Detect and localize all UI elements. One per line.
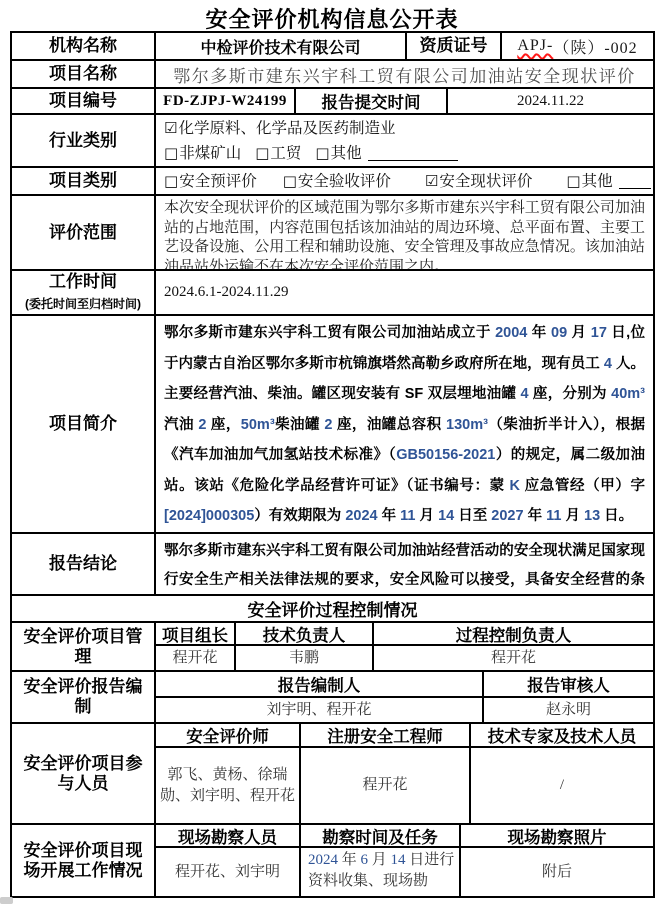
row-project-name: 项目名称 鄂尔多斯市建东兴宇科工贸有限公司加油站安全现状评价 (12, 59, 653, 87)
blank-underline (619, 174, 651, 189)
industry-line1: ☑化学原料、化学品及医药制造业 (164, 116, 395, 141)
compilation-value-row: 刘宇明、程开花 赵永明 (156, 698, 653, 722)
checkbox-unchecked-icon: □ (164, 169, 178, 194)
option-label: 非煤矿山 (179, 141, 241, 166)
fieldwork-value-row: 程开花、刘宇明 2024 年 6 月 14 日进行资料收集、现场勘 附后 (156, 848, 653, 896)
scrollbar-fragment (0, 897, 13, 904)
project-name-label: 项目名称 (12, 61, 154, 87)
project-no-value: FD-ZJPJ-W24199 (154, 89, 294, 113)
conclusion-label: 报告结论 (12, 534, 154, 594)
compilation-grid: 报告编制人 报告审核人 刘宇明、程开花 赵永明 (154, 672, 653, 722)
row-management: 安全评价项目管理 项目组长 技术负责人 过程控制负责人 程开花 韦鹏 程开花 (12, 621, 653, 670)
tech-expert-value: / (469, 748, 653, 823)
option-label: 化学原料、化学品及医药制造业 (178, 116, 395, 141)
management-value-row: 程开花 韦鹏 程开花 (156, 646, 653, 670)
participants-label: 安全评价项目参与人员 (12, 724, 154, 823)
survey-photo-header: 现场勘察照片 (459, 825, 653, 846)
industry-line2: □非煤矿山 □工贸 □其他 (164, 141, 458, 166)
row-org: 机构名称 中检评价技术有限公司 资质证号 APJ-（陕）-002 (12, 33, 653, 59)
industry-option-trade: □工贸 (255, 141, 301, 166)
team-leader-value: 程开花 (156, 646, 234, 670)
process-control-lead-value: 程开花 (372, 646, 653, 670)
row-process-header: 安全评价过程控制情况 (12, 594, 653, 621)
process-control-lead-header: 过程控制负责人 (372, 623, 653, 644)
checkbox-checked-icon: ☑ (425, 169, 438, 194)
category-options: □安全预评价 □安全验收评价 ☑安全现状评价 □其他 (154, 168, 653, 194)
row-worktime: 工作时间 (委托时间至归档时间) 2024.6.1-2024.11.29 (12, 269, 653, 314)
management-header-row: 项目组长 技术负责人 过程控制负责人 (156, 623, 653, 646)
checkbox-unchecked-icon: □ (283, 169, 297, 194)
option-label: 其他 (582, 169, 613, 194)
tech-expert-header: 技术专家及技术人员 (469, 724, 653, 746)
registered-engineer-value: 程开花 (299, 748, 469, 823)
cert-no-value: APJ-（陕）-002 (500, 33, 653, 59)
row-profile: 项目简介 鄂尔多斯市建东兴宇科工贸有限公司加油站成立于 2004 年 09 月 … (12, 314, 653, 532)
submit-time-label: 报告提交时间 (294, 89, 446, 113)
participants-header-row: 安全评价师 注册安全工程师 技术专家及技术人员 (156, 724, 653, 748)
profile-text: 鄂尔多斯市建东兴宇科工贸有限公司加油站成立于 2004 年 09 月 17 日,… (154, 316, 653, 532)
row-participants: 安全评价项目参与人员 安全评价师 注册安全工程师 技术专家及技术人员 郭飞、黄杨… (12, 722, 653, 823)
management-label: 安全评价项目管理 (12, 623, 154, 670)
category-label: 项目类别 (12, 168, 154, 194)
category-option-other: □其他 (566, 169, 612, 194)
industry-label: 行业类别 (12, 115, 154, 166)
project-no-label: 项目编号 (12, 89, 154, 113)
org-name-value: 中检评价技术有限公司 (154, 33, 405, 59)
worktime-label-main: 工作时间 (49, 272, 117, 292)
safety-assessor-header: 安全评价师 (156, 724, 299, 746)
fieldwork-label: 安全评价项目现场开展工作情况 (12, 825, 154, 896)
category-option-pre: □安全预评价 (164, 169, 257, 194)
survey-time-header: 勘察时间及任务 (299, 825, 459, 846)
row-compilation: 安全评价报告编制 报告编制人 报告审核人 刘宇明、程开花 赵永明 (12, 670, 653, 722)
checkbox-unchecked-icon: □ (566, 169, 580, 194)
industry-options: ☑化学原料、化学品及医药制造业 □非煤矿山 □工贸 □其他 (154, 115, 653, 166)
survey-staff-value: 程开花、刘宇明 (156, 848, 299, 896)
page-title: 安全评价机构信息公开表 (0, 3, 664, 34)
blank-underline (368, 146, 458, 161)
cert-no-rest-part: （陕）-002 (553, 35, 637, 58)
profile-label: 项目简介 (12, 316, 154, 532)
compilation-label: 安全评价报告编制 (12, 672, 154, 722)
org-name-label: 机构名称 (12, 33, 154, 59)
scope-label: 评价范围 (12, 196, 154, 269)
worktime-value: 2024.6.1-2024.11.29 (154, 271, 653, 314)
row-scope: 评价范围 本次安全现状评价的区域范围为鄂尔多斯市建东兴宇科工贸有限公司加油站的占… (12, 194, 653, 269)
checkbox-checked-icon: ☑ (164, 116, 177, 141)
category-option-status: ☑安全现状评价 (425, 169, 532, 194)
conclusion-text: 鄂尔多斯市建东兴宇科工贸有限公司加油站经营活动的安全现状满足国家现行安全生产相关… (154, 534, 653, 594)
registered-engineer-header: 注册安全工程师 (299, 724, 469, 746)
report-writer-value: 刘宇明、程开花 (156, 698, 482, 722)
fieldwork-header-row: 现场勘察人员 勘察时间及任务 现场勘察照片 (156, 825, 653, 848)
row-conclusion: 报告结论 鄂尔多斯市建东兴宇科工贸有限公司加油站经营活动的安全现状满足国家现行安… (12, 532, 653, 594)
management-grid: 项目组长 技术负责人 过程控制负责人 程开花 韦鹏 程开花 (154, 623, 653, 670)
worktime-label: 工作时间 (委托时间至归档时间) (12, 271, 154, 314)
cert-no-wavy-part: APJ- (517, 37, 553, 55)
process-control-header: 安全评价过程控制情况 (12, 596, 653, 621)
row-industry: 行业类别 ☑化学原料、化学品及医药制造业 □非煤矿山 □工贸 □其他 (12, 113, 653, 166)
survey-staff-header: 现场勘察人员 (156, 825, 299, 846)
survey-photo-value: 附后 (459, 848, 653, 896)
option-label: 安全验收评价 (298, 169, 391, 194)
submit-time-value: 2024.11.22 (446, 89, 653, 113)
industry-option-other: □其他 (315, 141, 361, 166)
info-table: 机构名称 中检评价技术有限公司 资质证号 APJ-（陕）-002 项目名称 鄂尔… (10, 31, 655, 898)
industry-option-non-coal-mine: □非煤矿山 (164, 141, 241, 166)
option-label: 其他 (331, 141, 362, 166)
report-reviewer-header: 报告审核人 (482, 672, 653, 696)
checkbox-unchecked-icon: □ (164, 141, 178, 166)
fieldwork-grid: 现场勘察人员 勘察时间及任务 现场勘察照片 程开花、刘宇明 2024 年 6 月… (154, 825, 653, 896)
tech-lead-header: 技术负责人 (234, 623, 372, 644)
report-reviewer-value: 赵永明 (482, 698, 653, 722)
category-option-acceptance: □安全验收评价 (283, 169, 391, 194)
option-label: 工贸 (270, 141, 301, 166)
survey-time-value: 2024 年 6 月 14 日进行资料收集、现场勘 (299, 848, 459, 896)
option-label: 安全现状评价 (439, 169, 532, 194)
checkbox-unchecked-icon: □ (315, 141, 329, 166)
document-page: 安全评价机构信息公开表 机构名称 中检评价技术有限公司 资质证号 APJ-（陕）… (0, 0, 664, 904)
project-name-value: 鄂尔多斯市建东兴宇科工贸有限公司加油站安全现状评价 (154, 61, 653, 87)
team-leader-header: 项目组长 (156, 623, 234, 644)
worktime-label-sub: (委托时间至归档时间) (25, 294, 141, 314)
tech-lead-value: 韦鹏 (234, 646, 372, 670)
report-writer-header: 报告编制人 (156, 672, 482, 696)
participants-value-row: 郭飞、黄杨、徐瑞勋、刘宇明、程开花 程开花 / (156, 748, 653, 823)
compilation-header-row: 报告编制人 报告审核人 (156, 672, 653, 698)
option-label: 安全预评价 (179, 169, 257, 194)
row-fieldwork: 安全评价项目现场开展工作情况 现场勘察人员 勘察时间及任务 现场勘察照片 程开花… (12, 823, 653, 896)
row-category: 项目类别 □安全预评价 □安全验收评价 ☑安全现状评价 □其他 (12, 166, 653, 194)
industry-option-chemical: ☑化学原料、化学品及医药制造业 (164, 116, 395, 141)
category-line: □安全预评价 □安全验收评价 ☑安全现状评价 □其他 (164, 169, 651, 194)
safety-assessor-value: 郭飞、黄杨、徐瑞勋、刘宇明、程开花 (156, 748, 299, 823)
checkbox-unchecked-icon: □ (255, 141, 269, 166)
cert-no-label: 资质证号 (405, 33, 500, 59)
scope-text: 本次安全现状评价的区域范围为鄂尔多斯市建东兴宇科工贸有限公司加油站的占地范围，内… (154, 196, 653, 269)
row-project-no: 项目编号 FD-ZJPJ-W24199 报告提交时间 2024.11.22 (12, 87, 653, 113)
participants-grid: 安全评价师 注册安全工程师 技术专家及技术人员 郭飞、黄杨、徐瑞勋、刘宇明、程开… (154, 724, 653, 823)
